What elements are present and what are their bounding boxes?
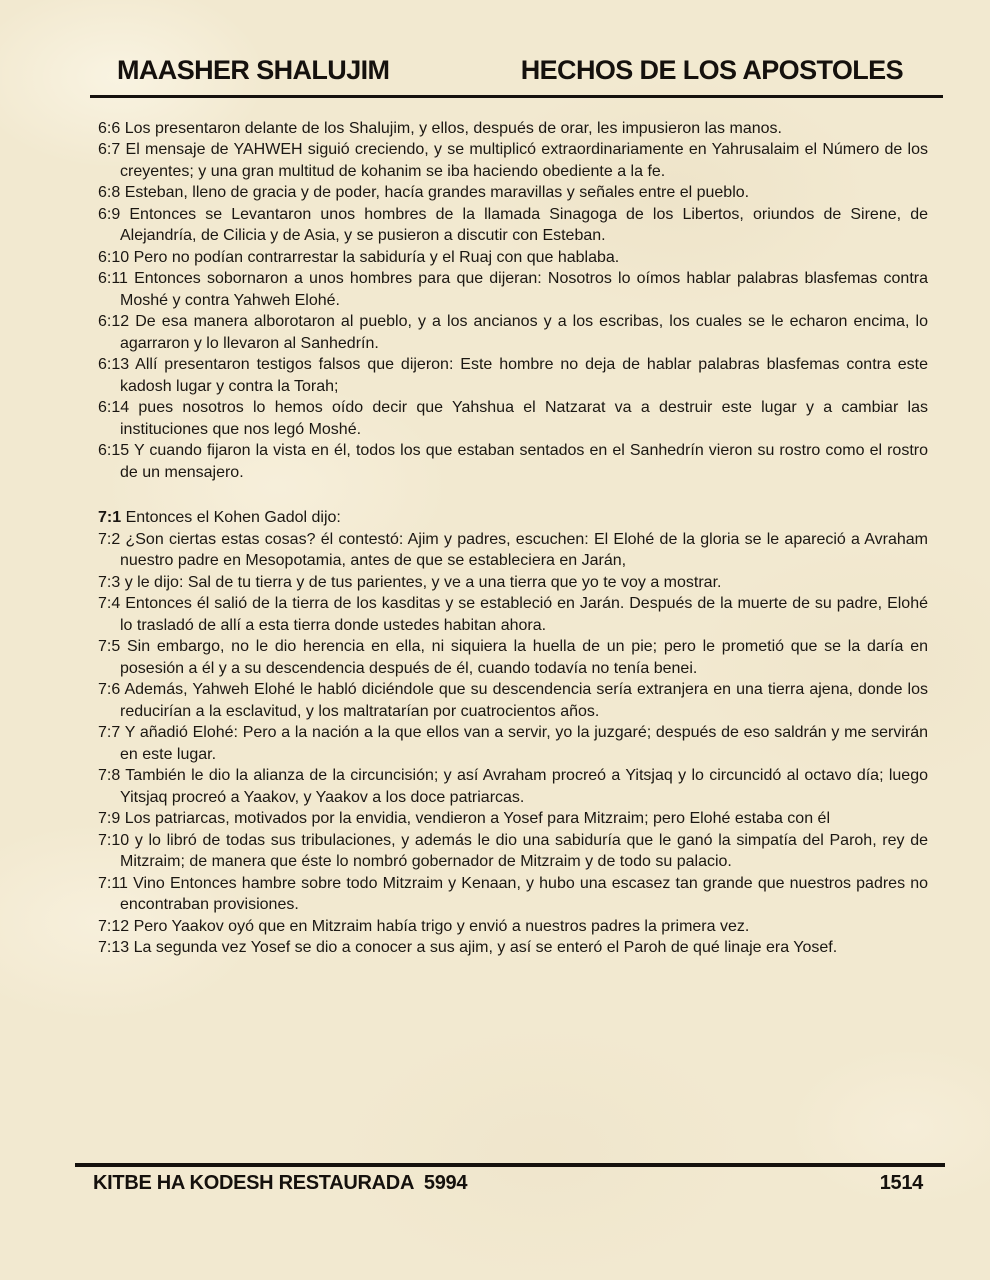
- verse-number: 7:1: [98, 509, 121, 526]
- verse-text: También le dio la alianza de la circunci…: [120, 767, 928, 806]
- verse-number: 7:13: [98, 939, 129, 956]
- verse-text: Pero no podían contrarrestar la sabidurí…: [134, 249, 620, 266]
- verse-text: Los presentaron delante de los Shalujim,…: [125, 120, 782, 137]
- verse-number: 7:8: [98, 767, 120, 784]
- verse-number: 7:12: [98, 918, 129, 935]
- page-footer: KITBE HA KODESH RESTAURADA 5994 1514: [0, 1163, 990, 1195]
- verse: 7:13 La segunda vez Yosef se dio a conoc…: [98, 937, 928, 959]
- verse-text: ¿Son ciertas estas cosas? él contestó: A…: [120, 531, 928, 570]
- verse-number: 6:11: [98, 270, 128, 287]
- running-head-left: MAASHER SHALUJIM: [117, 56, 389, 86]
- verse: 6:10 Pero no podían contrarrestar la sab…: [98, 247, 928, 269]
- verse-number: 6:10: [98, 249, 129, 266]
- verse: 7:8 También le dio la alianza de la circ…: [98, 765, 928, 808]
- verse-text: pues nosotros lo hemos oído decir que Ya…: [120, 399, 928, 438]
- verse-number: 7:10: [98, 832, 129, 849]
- verse-text: La segunda vez Yosef se dio a conocer a …: [134, 939, 838, 956]
- verse-text: Pero Yaakov oyó que en Mitzraim había tr…: [134, 918, 750, 935]
- verse: 7:7 Y añadió Elohé: Pero a la nación a l…: [98, 722, 928, 765]
- verse-text: Los patriarcas, motivados por la envidia…: [125, 810, 830, 827]
- verse: 6:9 Entonces se Levantaron unos hombres …: [98, 204, 928, 247]
- verse-text: Entonces sobornaron a unos hombres para …: [120, 270, 928, 309]
- header-row: MAASHER SHALUJIM HECHOS DE LOS APOSTOLES: [90, 56, 943, 86]
- verse: 6:15 Y cuando fijaron la vista en él, to…: [98, 440, 928, 483]
- verse-number: 6:14: [98, 399, 129, 416]
- verse-number: 6:15: [98, 442, 129, 459]
- verse-number: 7:7: [98, 724, 120, 741]
- verse: 7:1 Entonces el Kohen Gadol dijo:: [98, 507, 928, 529]
- verse: 6:8 Esteban, lleno de gracia y de poder,…: [98, 182, 928, 204]
- running-head-right: HECHOS DE LOS APOSTOLES: [521, 56, 903, 86]
- verse: 6:11 Entonces sobornaron a unos hombres …: [98, 268, 928, 311]
- verse-number: 7:4: [98, 595, 120, 612]
- verse-number: 6:12: [98, 313, 129, 330]
- verse: 6:14 pues nosotros lo hemos oído decir q…: [98, 397, 928, 440]
- verse: 7:2 ¿Son ciertas estas cosas? él contest…: [98, 529, 928, 572]
- verse-text: y lo libró de todas sus tribulaciones, y…: [120, 832, 928, 871]
- verse: 7:10 y lo libró de todas sus tribulacion…: [98, 830, 928, 873]
- page-header: MAASHER SHALUJIM HECHOS DE LOS APOSTOLES: [0, 0, 990, 98]
- verse-text: De esa manera alborotaron al pueblo, y a…: [120, 313, 928, 352]
- verse: 7:6 Además, Yahweh Elohé le habló dicién…: [98, 679, 928, 722]
- verse-text: Allí presentaron testigos falsos que dij…: [120, 356, 928, 395]
- verse-list: 6:6 Los presentaron delante de los Shalu…: [0, 98, 990, 959]
- verse-text: Entonces el Kohen Gadol dijo:: [126, 509, 341, 526]
- verse-number: 6:13: [98, 356, 129, 373]
- scripture-page: MAASHER SHALUJIM HECHOS DE LOS APOSTOLES…: [0, 0, 990, 1280]
- verse-number: 7:5: [98, 638, 120, 655]
- verse-number: 7:11: [98, 875, 128, 892]
- verse: 6:7 El mensaje de YAHWEH siguió creciend…: [98, 139, 928, 182]
- verse-text: y le dijo: Sal de tu tierra y de tus par…: [125, 574, 722, 591]
- verse-text: Esteban, lleno de gracia y de poder, hac…: [125, 184, 749, 201]
- verse: 7:11 Vino Entonces hambre sobre todo Mit…: [98, 873, 928, 916]
- verse-number: 7:6: [98, 681, 120, 698]
- verse-text: Además, Yahweh Elohé le habló diciéndole…: [120, 681, 928, 720]
- verse-text: Y cuando fijaron la vista en él, todos l…: [120, 442, 928, 481]
- verse-number: 6:8: [98, 184, 120, 201]
- footer-row: KITBE HA KODESH RESTAURADA 5994 1514: [75, 1167, 945, 1195]
- page-number: 1514: [880, 1172, 923, 1195]
- verse-text: Entonces él salió de la tierra de los ka…: [120, 595, 928, 634]
- verse: 7:4 Entonces él salió de la tierra de lo…: [98, 593, 928, 636]
- verse: 7:3 y le dijo: Sal de tu tierra y de tus…: [98, 572, 928, 594]
- verse-number: 7:3: [98, 574, 120, 591]
- verse: 6:12 De esa manera alborotaron al pueblo…: [98, 311, 928, 354]
- verse: 7:12 Pero Yaakov oyó que en Mitzraim hab…: [98, 916, 928, 938]
- edition-label: KITBE HA KODESH RESTAURADA 5994: [93, 1172, 467, 1195]
- verse-number: 6:7: [98, 141, 120, 158]
- verse: 6:6 Los presentaron delante de los Shalu…: [98, 118, 928, 140]
- verse-number: 6:6: [98, 120, 120, 137]
- verse-text: Sin embargo, no le dio herencia en ella,…: [120, 638, 928, 677]
- verse-number: 6:9: [98, 206, 120, 223]
- verse-text: Entonces se Levantaron unos hombres de l…: [120, 206, 928, 245]
- verse: 7:9 Los patriarcas, motivados por la env…: [98, 808, 928, 830]
- verse-text: Vino Entonces hambre sobre todo Mitzraim…: [120, 875, 928, 914]
- verse-text: Y añadió Elohé: Pero a la nación a la qu…: [120, 724, 928, 763]
- verse-number: 7:9: [98, 810, 120, 827]
- verse-text: El mensaje de YAHWEH siguió creciendo, y…: [120, 141, 928, 180]
- verse-number: 7:2: [98, 531, 120, 548]
- verse: 7:5 Sin embargo, no le dio herencia en e…: [98, 636, 928, 679]
- verse: 6:13 Allí presentaron testigos falsos qu…: [98, 354, 928, 397]
